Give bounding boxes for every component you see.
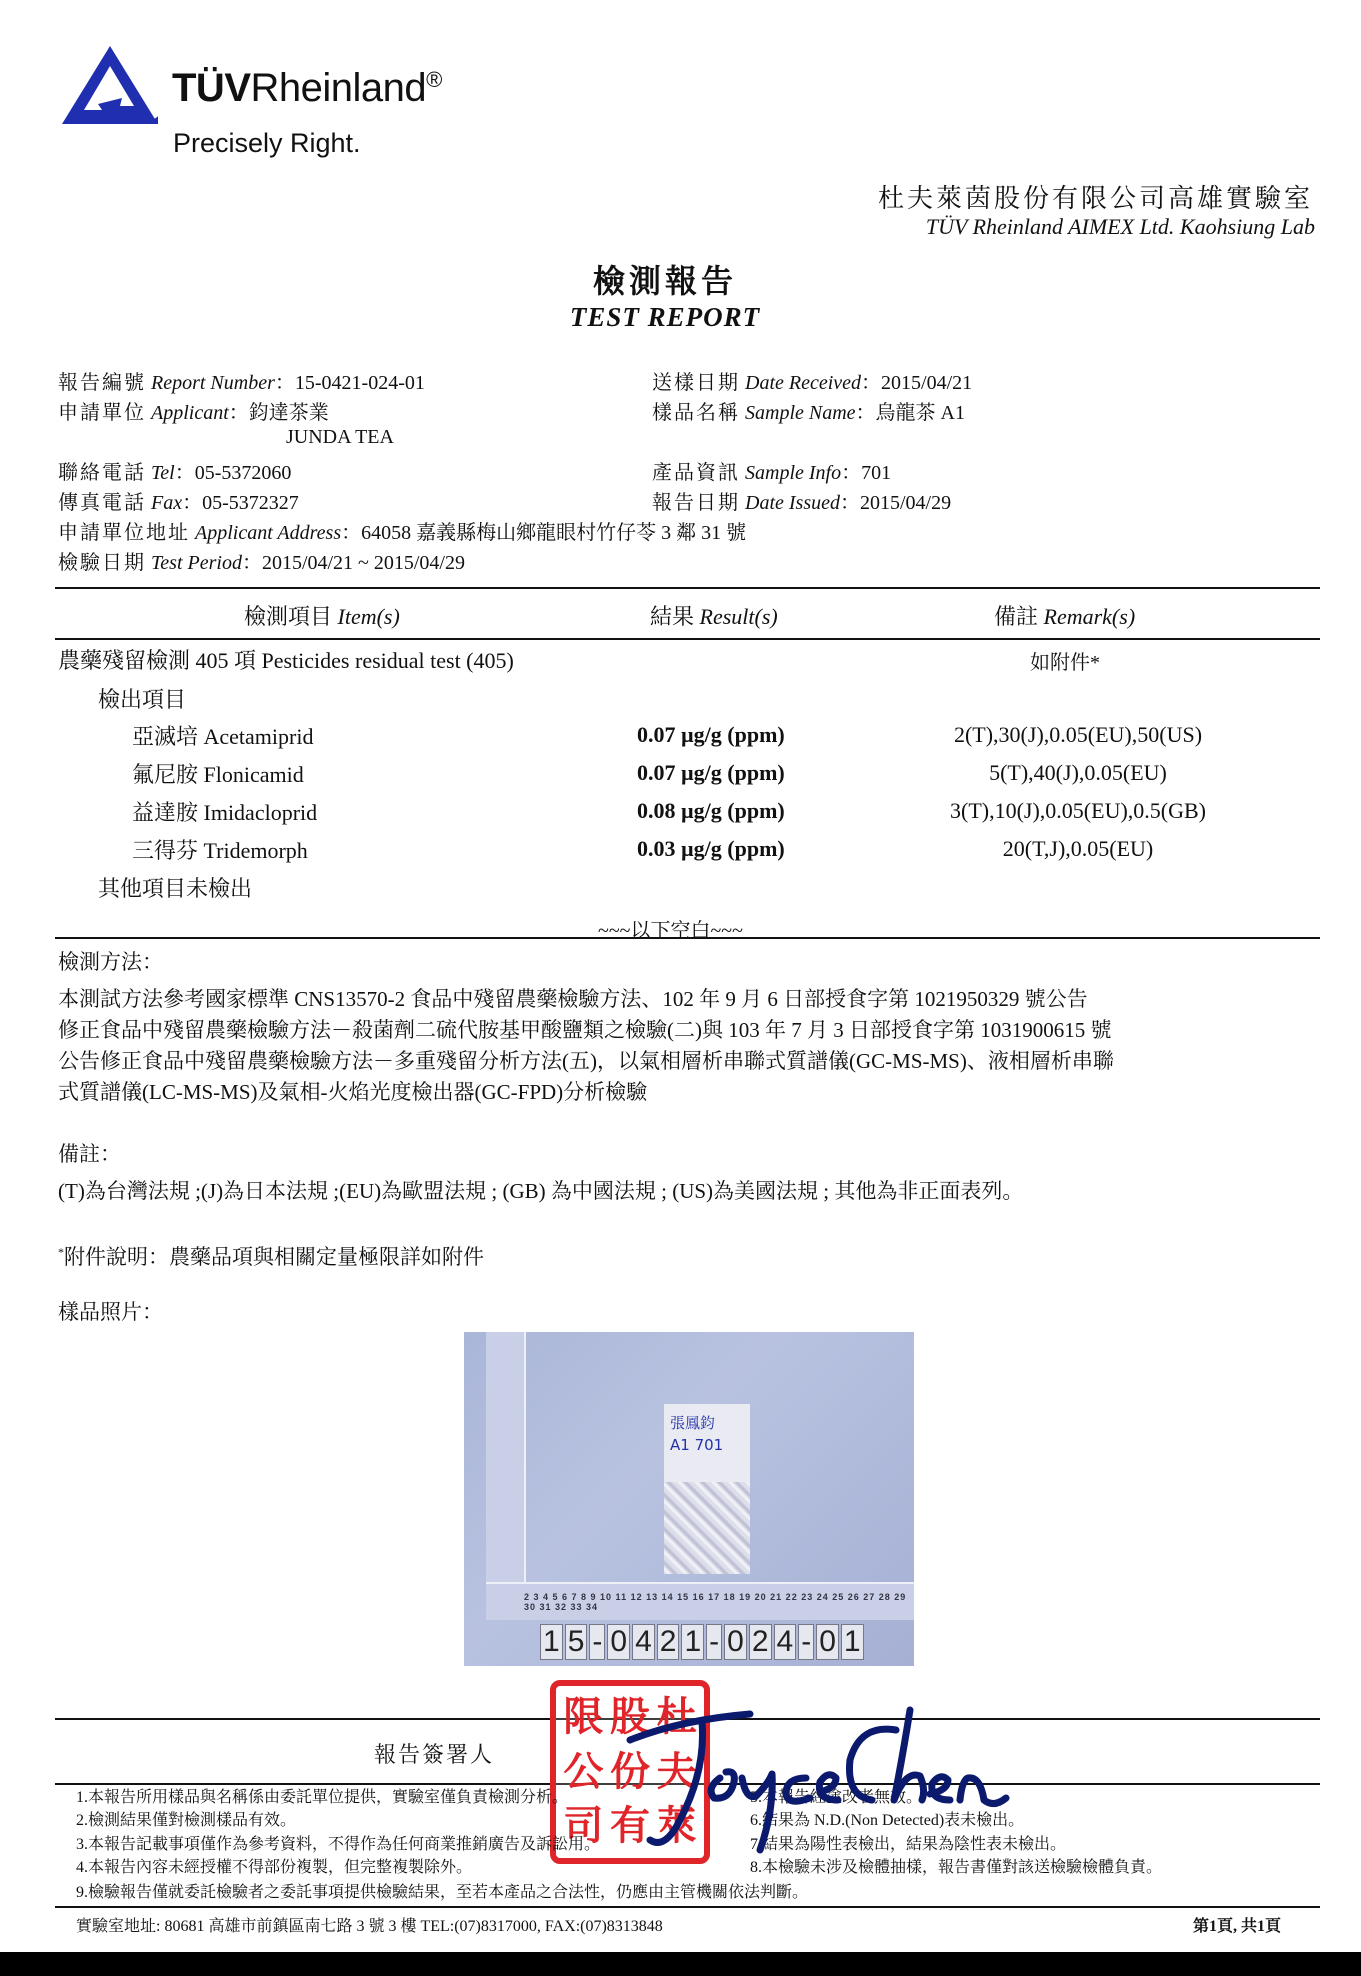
test-period-value: 2015/04/21 ~ 2015/04/29 bbox=[262, 552, 465, 574]
date-issued-value: 2015/04/29 bbox=[860, 492, 951, 514]
lab-name-en: TÜV Rheinland AIMEX Ltd. Kaohsiung Lab bbox=[926, 214, 1315, 240]
note-item: 8.本檢驗未涉及檢體抽樣，報告書僅對該送檢驗檢體負責。 bbox=[750, 1857, 1162, 1878]
date-received-field: 送樣日期 Date Received：2015/04/21 bbox=[652, 366, 972, 395]
sample-id-tile: 2 bbox=[657, 1624, 680, 1660]
sample-id-tile: 1 bbox=[681, 1624, 704, 1660]
photo-heading: 樣品照片： bbox=[58, 1296, 1323, 1328]
sample-info-value: 701 bbox=[861, 462, 891, 484]
sample-info-field: 產品資訊 Sample Info：701 bbox=[652, 456, 891, 485]
sample-id-tiles: 15-0421-024-01 bbox=[540, 1624, 864, 1660]
sample-id-tile: 1 bbox=[540, 1624, 563, 1660]
header-items: 檢測項目 Item(s) bbox=[244, 600, 400, 631]
remarks-heading: 備註： bbox=[58, 1138, 1323, 1170]
remarks-text: (T)為台灣法規 ;(J)為日本法規 ;(EU)為歐盟法規 ; (GB) 為中國… bbox=[58, 1175, 1323, 1207]
sample-id-tile: 0 bbox=[607, 1624, 630, 1660]
signatory-label: 報告簽署人 bbox=[374, 1738, 494, 1769]
sample-name-field: 樣品名稱 Sample Name：烏龍茶 A1 bbox=[652, 396, 965, 425]
attachment-note: *附件說明：農藥品項與相關定量極限詳如附件 bbox=[58, 1236, 1323, 1273]
stamp-char: 限 bbox=[560, 1690, 607, 1745]
table-row-remark: 2(T),30(J),0.05(EU),50(US) bbox=[868, 722, 1288, 748]
tel-value: 05-5372060 bbox=[195, 462, 292, 484]
report-number-value: 15-0421-024-01 bbox=[295, 372, 425, 394]
table-header-rule bbox=[55, 638, 1320, 640]
brand-name: TÜVRheinland® bbox=[172, 66, 442, 111]
note-item: 4.本報告內容未經授權不得部份複製，但完整複製除外。 bbox=[76, 1857, 472, 1878]
sample-id-tile: 2 bbox=[749, 1624, 772, 1660]
test-name: 農藥殘留檢測 405 項 Pesticides residual test (4… bbox=[58, 644, 514, 675]
applicant-field: 申請單位 Applicant：鈞達茶業 bbox=[58, 396, 329, 425]
ruler-ticks: 2 3 4 5 6 7 8 9 10 11 12 13 14 15 16 17 … bbox=[524, 1592, 914, 1612]
report-title-cn: 檢測報告 bbox=[0, 256, 1330, 302]
sample-id-tile: 0 bbox=[816, 1624, 839, 1660]
header-remarks: 備註 Remark(s) bbox=[994, 600, 1135, 631]
sample-id-tile: - bbox=[798, 1624, 814, 1660]
note-item: 3.本報告記載事項僅作為參考資料，不得作為任何商業推銷廣告及訴訟用。 bbox=[76, 1834, 600, 1855]
method-line: 本測試方法參考國家標準 CNS13570-2 食品中殘留農藥檢驗方法、102 年… bbox=[58, 983, 1323, 1015]
method-line: 修正食品中殘留農藥檢驗方法－殺菌劑二硫代胺基甲酸鹽類之檢驗(二)與 103 年 … bbox=[58, 1014, 1323, 1046]
table-row-remark: 5(T),40(J),0.05(EU) bbox=[868, 760, 1288, 786]
table-row-result: 0.07 µg/g (ppm) bbox=[637, 760, 785, 786]
date-received-value: 2015/04/21 bbox=[881, 372, 972, 394]
method-line: 式質譜儀(LC-MS-MS)及氣相-火焰光度檢出器(GC-FPD)分析檢驗 bbox=[58, 1076, 1323, 1108]
test-remark: 如附件* bbox=[1030, 646, 1100, 675]
scan-border bbox=[0, 1952, 1361, 1976]
sample-id-tile: - bbox=[589, 1624, 605, 1660]
header-results: 結果 Result(s) bbox=[650, 600, 778, 631]
brand-tagline: Precisely Right. bbox=[173, 128, 361, 159]
test-period-field: 檢驗日期 Test Period：2015/04/21 ~ 2015/04/29 bbox=[58, 546, 465, 575]
handwritten-signature bbox=[610, 1700, 1010, 1860]
others-not-detected: 其他項目未檢出 bbox=[98, 872, 252, 903]
table-row-remark: 3(T),10(J),0.05(EU),0.5(GB) bbox=[868, 798, 1288, 824]
table-row-item: 亞滅培 Acetamiprid bbox=[132, 720, 313, 751]
fax-value: 05-5372327 bbox=[202, 492, 299, 514]
note-item: 2.檢測結果僅對檢測樣品有效。 bbox=[76, 1810, 296, 1831]
tel-field: 聯絡電話 Tel：05-5372060 bbox=[58, 456, 291, 485]
tea-bag-label: 張鳳鈞 A1 701 bbox=[670, 1412, 723, 1456]
note-item: 1.本報告所用樣品與名稱係由委託單位提供，實驗室僅負責檢測分析。 bbox=[76, 1787, 568, 1808]
address-field: 申請單位地址 Applicant Address：64058 嘉義縣梅山鄉龍眼村… bbox=[58, 516, 746, 545]
ruler-vertical bbox=[486, 1332, 526, 1602]
tea-bag-foil bbox=[664, 1482, 750, 1574]
lab-name-cn: 杜夫萊茵股份有限公司高雄實驗室 bbox=[878, 178, 1313, 215]
sample-photo: 2 3 4 5 6 7 8 9 10 11 12 13 14 15 16 17 … bbox=[464, 1332, 914, 1666]
date-issued-field: 報告日期 Date Issued：2015/04/29 bbox=[652, 486, 951, 515]
sample-id-tile: - bbox=[706, 1624, 722, 1660]
tuv-logo-icon bbox=[62, 46, 158, 126]
address-value: 64058 嘉義縣梅山鄉龍眼村竹仔苓 3 鄰 31 號 bbox=[361, 522, 746, 544]
applicant-value: 鈞達茶業 bbox=[249, 402, 329, 424]
sample-id-tile: 4 bbox=[632, 1624, 655, 1660]
fax-field: 傳真電話 Fax：05-5372327 bbox=[58, 486, 299, 515]
table-row-item: 三得芬 Tridemorph bbox=[132, 834, 308, 865]
method-heading: 檢測方法： bbox=[58, 946, 1323, 978]
table-row-result: 0.07 µg/g (ppm) bbox=[637, 722, 785, 748]
table-row-remark: 20(T,J),0.05(EU) bbox=[868, 836, 1288, 862]
footer-rule bbox=[55, 1906, 1320, 1908]
report-title-en: TEST REPORT bbox=[0, 302, 1330, 333]
table-row-item: 氟尼胺 Flonicamid bbox=[132, 758, 304, 789]
sample-name-value: 烏龍茶 A1 bbox=[876, 402, 965, 424]
sample-id-tile: 4 bbox=[774, 1624, 797, 1660]
sample-id-tile: 1 bbox=[841, 1624, 864, 1660]
sample-id-tile: 5 bbox=[565, 1624, 588, 1660]
applicant-value-en: JUNDA TEA bbox=[286, 426, 394, 449]
table-row-result: 0.03 µg/g (ppm) bbox=[637, 836, 785, 862]
detected-heading: 檢出項目 bbox=[98, 683, 186, 714]
report-number-field: 報告編號 Report Number：15-0421-024-01 bbox=[58, 366, 425, 395]
lab-address-footer: 實驗室地址: 80681 高雄市前鎮區南七路 3 號 3 樓 TEL:(07)8… bbox=[76, 1913, 663, 1936]
table-row-result: 0.08 µg/g (ppm) bbox=[637, 798, 785, 824]
sample-id-tile: 0 bbox=[724, 1624, 747, 1660]
method-line: 公告修正食品中殘留農藥檢驗方法－多重殘留分析方法(五)，以氣相層析串聯式質譜儀(… bbox=[58, 1045, 1323, 1077]
table-row-item: 益達胺 Imidacloprid bbox=[132, 796, 317, 827]
table-bottom-rule bbox=[55, 937, 1320, 939]
note-item: 9.檢驗報告僅就委託檢驗者之委託事項提供檢驗結果，至若本產品之合法性，仍應由主管… bbox=[76, 1882, 808, 1903]
page-indicator: 第1頁, 共1頁 bbox=[1193, 1913, 1281, 1936]
table-top-rule bbox=[55, 587, 1320, 589]
